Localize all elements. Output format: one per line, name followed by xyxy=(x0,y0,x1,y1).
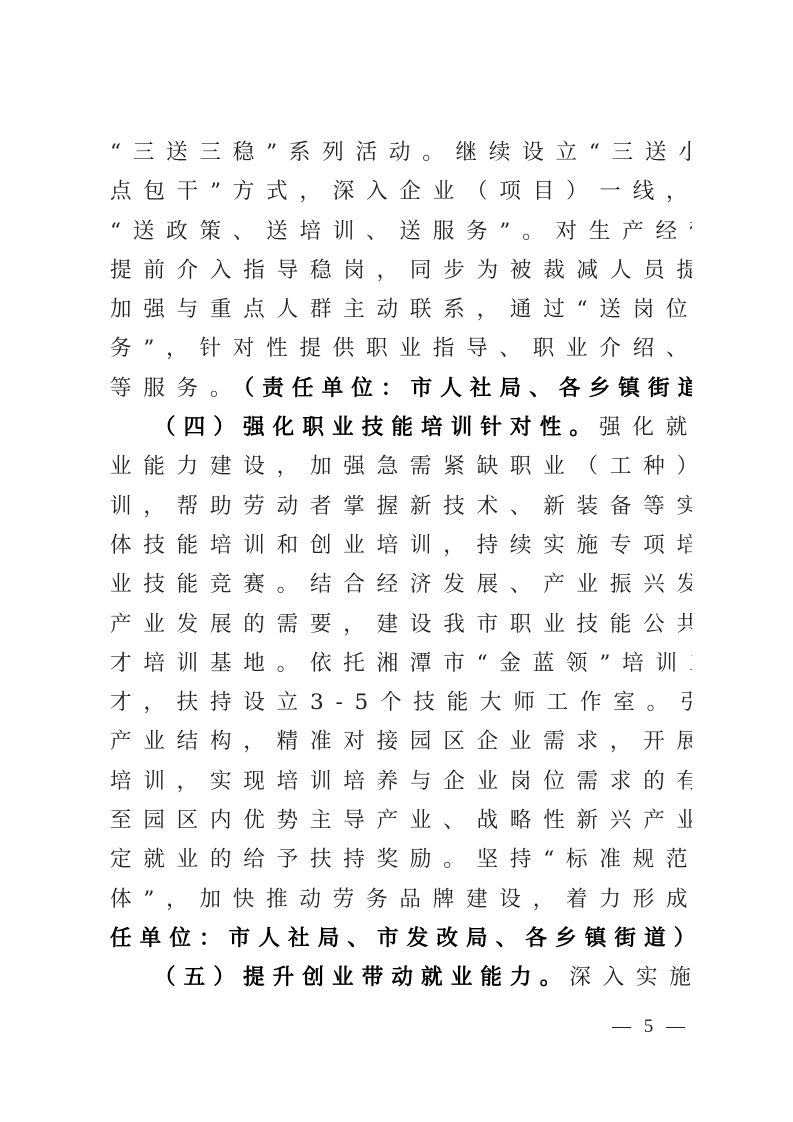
text-line: 产业结构，精准对接园区企业需求，开展订单式培训、学徒制 xyxy=(110,722,692,761)
text-line: 训，帮助劳动者掌握新技术、新装备等实操技能。强化重点群 xyxy=(110,487,692,526)
text-line: 体技能培训和创业培训，持续实施专项培训计划，适时开展职 xyxy=(110,526,692,565)
bold-text-segment: （责任单位：市人社局、各乡镇街道） xyxy=(243,376,692,401)
bold-text-segment: （四）强化职业技能培训针对性。 xyxy=(154,415,599,440)
text-line: 任单位：市人社局、市发改局、各乡镇街道） xyxy=(110,919,692,958)
text-segment: “三送三稳”系列活动。继续设立“三送小分队”，采取“联 xyxy=(110,140,692,165)
text-line: 务”，针对性提供职业指导、职业介绍、创业孵化、政策落实 xyxy=(110,329,692,368)
text-segment: 深入实施“创响三湘”行 xyxy=(569,965,692,990)
text-segment: 点包干”方式，深入企业（项目）一线，为重点企业（项目） xyxy=(110,179,692,204)
text-segment: 业能力建设，加强急需紧缺职业（工种）和新职业（工种）培 xyxy=(110,454,692,479)
text-line: 产业发展的需要，建设我市职业技能公共实训基地和高技能人 xyxy=(110,605,692,644)
text-segment: 定就业的给予扶持奖励。坚持“标准规范先行，培训就业一 xyxy=(110,847,692,872)
page-number: — 5 — xyxy=(612,1016,689,1038)
text-segment: 才，扶持设立3-5个技能大师工作室。引导中职院校根据全市 xyxy=(110,690,692,715)
text-segment: 加强与重点人群主动联系，通过“送岗位、送培训、送服 xyxy=(110,297,692,322)
text-line: 培训，实现培训培养与企业岗位需求的有效衔接。对推荐学生 xyxy=(110,762,692,801)
text-line: （四）强化职业技能培训针对性。强化就业导向，突出职 xyxy=(110,408,692,447)
text-segment: 产业发展的需要，建设我市职业技能公共实训基地和高技能人 xyxy=(110,612,692,637)
text-segment: 等服务。 xyxy=(110,376,243,401)
text-line: 点包干”方式，深入企业（项目）一线，为重点企业（项目） xyxy=(110,172,692,211)
text-line: （五）提升创业带动就业能力。深入实施“创响三湘”行 xyxy=(110,958,692,997)
text-line: 业技能竞赛。结合经济发展、产业振兴发展规划和新兴战略性 xyxy=(110,565,692,604)
text-line: 才，扶持设立3-5个技能大师工作室。引导中职院校根据全市 xyxy=(110,683,692,722)
document-body: “三送三稳”系列活动。继续设立“三送小分队”，采取“联点包干”方式，深入企业（项… xyxy=(110,133,692,998)
text-segment: 训，帮助劳动者掌握新技术、新装备等实操技能。强化重点群 xyxy=(110,494,692,519)
text-segment: 至园区内优势主导产业、战略性新兴产业、制造业相关企业稳 xyxy=(110,808,692,833)
text-segment: 体技能培训和创业培训，持续实施专项培训计划，适时开展职 xyxy=(110,533,692,558)
text-line: 至园区内优势主导产业、战略性新兴产业、制造业相关企业稳 xyxy=(110,801,692,840)
text-segment: “送政策、送培训、送服务”。对生产经营遇到困难的企业， xyxy=(110,219,692,244)
bold-text-segment: 任单位：市人社局、市发改局、各乡镇街道） xyxy=(110,926,692,951)
text-line: 定就业的给予扶持奖励。坚持“标准规范先行，培训就业一 xyxy=(110,840,692,879)
bold-text-segment: （五）提升创业带动就业能力。 xyxy=(154,965,569,990)
text-segment: 提前介入指导稳岗，同步为被裁减人员提供就业帮扶。进一步 xyxy=(110,258,692,283)
text-line: 等服务。（责任单位：市人社局、各乡镇街道） xyxy=(110,369,692,408)
text-line: 提前介入指导稳岗，同步为被裁减人员提供就业帮扶。进一步 xyxy=(110,251,692,290)
text-segment: 务”，针对性提供职业指导、职业介绍、创业孵化、政策落实 xyxy=(110,336,692,361)
text-segment: 体”，加快推动劳务品牌建设，着力形成示范带动效应。 xyxy=(110,887,692,912)
text-line: “三送三稳”系列活动。继续设立“三送小分队”，采取“联 xyxy=(110,133,692,172)
text-line: 业能力建设，加强急需紧缺职业（工种）和新职业（工种）培 xyxy=(110,447,692,486)
text-segment: 强化就业导向，突出职 xyxy=(599,415,692,440)
text-line: 加强与重点人群主动联系，通过“送岗位、送培训、送服 xyxy=(110,290,692,329)
text-segment: 才培训基地。依托湘潭市“金蓝领”培训工程培养高技能人 xyxy=(110,651,692,676)
text-segment: 培训，实现培训培养与企业岗位需求的有效衔接。对推荐学生 xyxy=(110,769,692,794)
text-line: 才培训基地。依托湘潭市“金蓝领”培训工程培养高技能人 xyxy=(110,644,692,683)
text-line: “送政策、送培训、送服务”。对生产经营遇到困难的企业， xyxy=(110,212,692,251)
text-segment: 业技能竞赛。结合经济发展、产业振兴发展规划和新兴战略性 xyxy=(110,572,692,597)
text-line: 体”，加快推动劳务品牌建设，着力形成示范带动效应。（责 xyxy=(110,880,692,919)
text-segment: 产业结构，精准对接园区企业需求，开展订单式培训、学徒制 xyxy=(110,729,692,754)
